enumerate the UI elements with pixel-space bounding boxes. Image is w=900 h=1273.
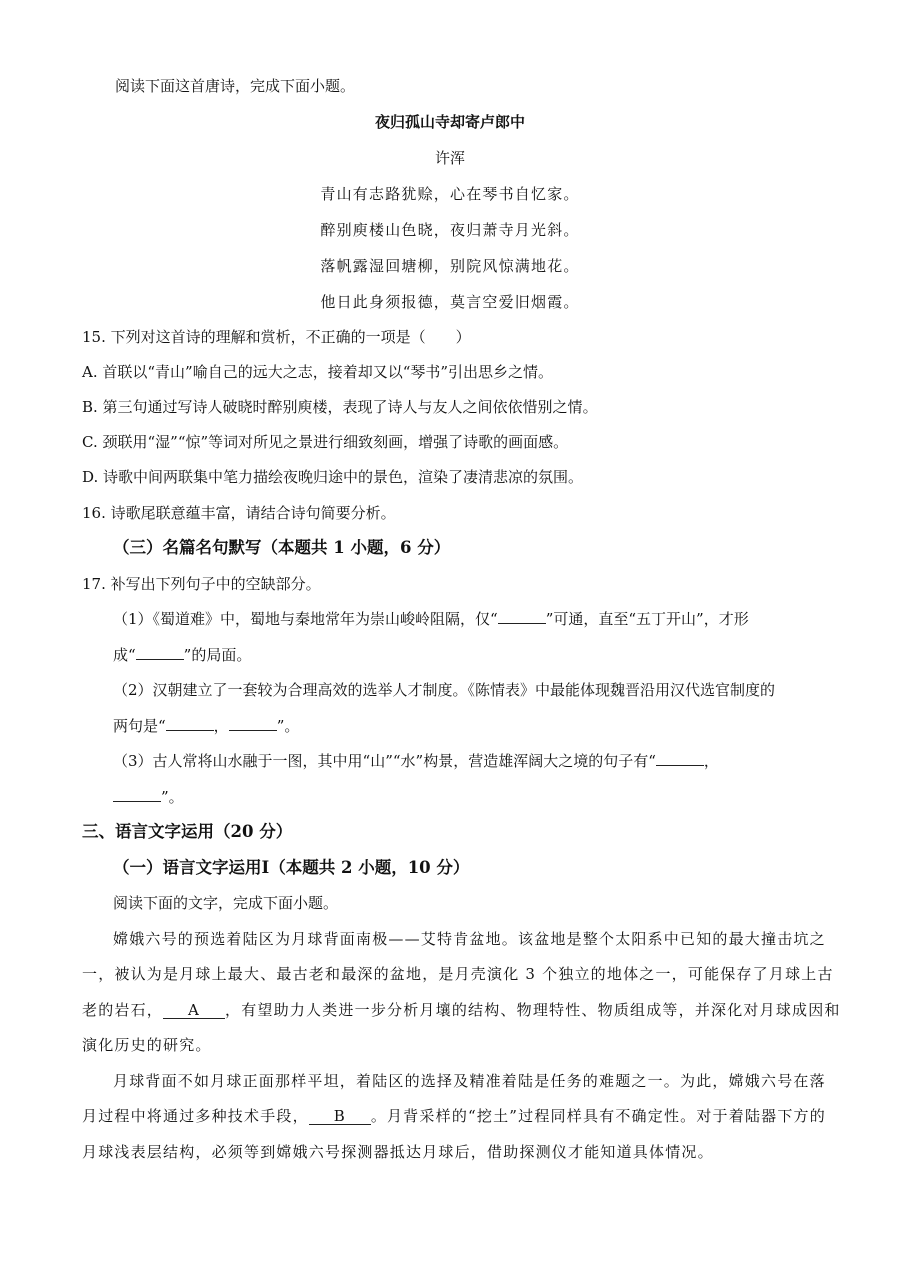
passage-p2-line-1: 月球背面不如月球正面那样平坦，着陆区的选择及精准着陆是任务的难题之一。为此，嫦娥… [113,1071,826,1091]
poem-line-1: 青山有志路犹赊，心在琴书自忆家。 [0,184,900,204]
q17-1-text-a: （1）《蜀道难》中，蜀地与秦地常年为崇山峻岭阻隔，仅“ [113,610,498,628]
q17-3-sep: ， [704,752,719,770]
answer-blank[interactable] [113,787,161,802]
question-15-option-a: A. 首联以“青山”喻自己的远大之志，接着却又以“琴书”引出思乡之情。 [82,362,553,382]
q17-2-sep: ， [214,717,229,735]
passage-p1-line-1: 嫦娥六号的预选着陆区为月球背面南极——艾特肯盆地。该盆地是整个太阳系中已知的最大… [113,929,826,949]
blank-a[interactable]: A [163,1002,225,1019]
question-17-part-1-line-2: 成“”的局面。 [113,645,251,665]
q17-1-text-c: 成“ [113,646,136,664]
q17-3-text-a: （3）古人常将山水融于一图，其中用“山”“水”构景，营造雄浑阔大之境的句子有“ [113,752,656,770]
answer-blank[interactable] [656,751,704,766]
passage-p1-line-3: 老的岩石，A，有望助力人类进一步分析月壤的结构、物理特性、物质组成等，并深化对月… [82,1000,841,1020]
poem-line-2: 醉别庾楼山色晓，夜归萧寺月光斜。 [0,220,900,240]
passage-p2-line-3: 月球浅表层结构，必须等到嫦娥六号探测器抵达月球后，借助探测仪才能知道具体情况。 [82,1142,714,1162]
poem-title: 夜归孤山寺却寄卢郎中 [0,112,900,132]
question-17-stem: 17. 补写出下列句子中的空缺部分。 [82,574,321,594]
question-16-stem: 16. 诗歌尾联意蕴丰富，请结合诗句简要分析。 [82,503,396,523]
answer-blank[interactable] [166,716,214,731]
section-heading-dictation: （三）名篇名句默写（本题共 1 小题，6 分） [113,538,450,558]
question-17-part-1-line-1: （1）《蜀道难》中，蜀地与秦地常年为崇山峻岭阻隔，仅“”可通，直至“五丁开山”，… [113,609,749,629]
passage-p2-line-2: 月过程中将通过多种技术手段，B。月背采样的“挖土”过程同样具有不确定性。对于着陆… [82,1106,826,1126]
poem-author: 许浑 [0,148,900,168]
passage-p2-text-a: 月过程中将通过多种技术手段， [82,1107,309,1125]
q17-2-text-a: 两句是“ [113,717,166,735]
question-15-option-d: D. 诗歌中间两联集中笔力描绘夜晚归途中的景色，渲染了凄清悲凉的氛围。 [82,467,583,487]
part-heading-language-use: 三、语言文字运用（20 分） [82,822,292,842]
passage-p1-text-a: 老的岩石， [82,1001,163,1019]
blank-b[interactable]: B [309,1108,371,1125]
answer-blank[interactable] [136,645,184,660]
passage-p1-line-2: 一，被认为是月球上最大、最古老和最深的盆地，是月壳演化 3 个独立的地体之一，可… [82,964,834,984]
question-17-part-3-line-2: ”。 [113,787,184,807]
question-17-part-3-line-1: （3）古人常将山水融于一图，其中用“山”“水”构景，营造雄浑阔大之境的句子有“， [113,751,719,771]
q17-1-text-b: ”可通，直至“五丁开山”，才形 [546,610,749,628]
poem-intro: 阅读下面这首唐诗，完成下面小题。 [115,76,355,96]
question-17-part-2-line-1: （2）汉朝建立了一套较为合理高效的选举人才制度。《陈情表》中最能体现魏晋沿用汉代… [113,680,775,700]
poem-line-3: 落帆露湿回塘柳，别院风惊满地花。 [0,256,900,276]
passage-p2-text-b: 。月背采样的“挖土”过程同样具有不确定性。对于着陆器下方的 [371,1107,826,1125]
q17-1-text-d: ”的局面。 [184,646,252,664]
answer-blank[interactable] [229,716,277,731]
answer-blank[interactable] [498,609,546,624]
question-15-stem: 15. 下列对这首诗的理解和赏析，不正确的一项是（ ） [82,327,471,347]
q17-2-text-b: ”。 [277,717,300,735]
passage-p1-text-b: ，有望助力人类进一步分析月壤的结构、物理特性、物质组成等，并深化对月球成因和 [225,1001,841,1019]
q17-3-text-b: ”。 [161,788,184,806]
question-15-option-c: C. 颈联用“湿”“惊”等词对所见之景进行细致刻画，增强了诗歌的画面感。 [82,432,568,452]
question-17-part-2-line-2: 两句是“，”。 [113,716,299,736]
section-heading-language-use-1: （一）语言文字运用Ⅰ（本题共 2 小题，10 分） [113,858,469,878]
passage-intro: 阅读下面的文字，完成下面小题。 [113,893,338,913]
passage-p1-line-4: 演化历史的研究。 [82,1035,212,1055]
poem-line-4: 他日此身须报德，莫言空爱旧烟霞。 [0,292,900,312]
question-15-option-b: B. 第三句通过写诗人破晓时醉别庾楼，表现了诗人与友人之间依依惜别之情。 [82,397,598,417]
